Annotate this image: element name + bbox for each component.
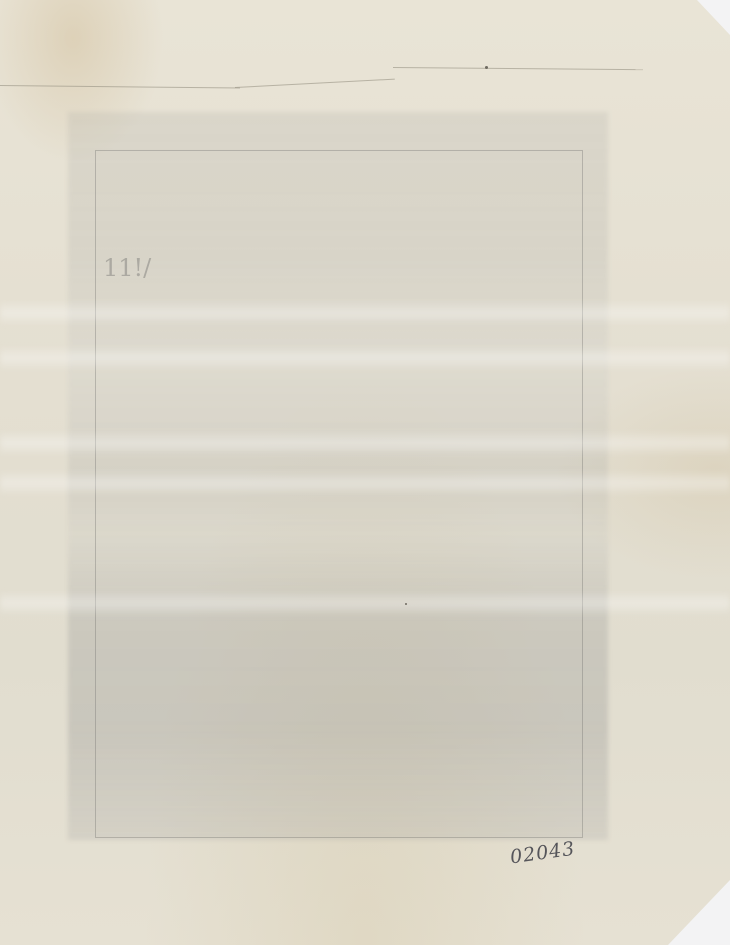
paper-speck [405,603,407,605]
ghost-marks: 11!/ [103,254,151,282]
paper-speck [485,66,488,69]
wrinkle-band [0,470,730,496]
wrinkle-band [0,345,730,371]
wrinkle-band [0,590,730,616]
wrinkle-band [0,430,730,456]
wrinkle-band [0,300,730,326]
